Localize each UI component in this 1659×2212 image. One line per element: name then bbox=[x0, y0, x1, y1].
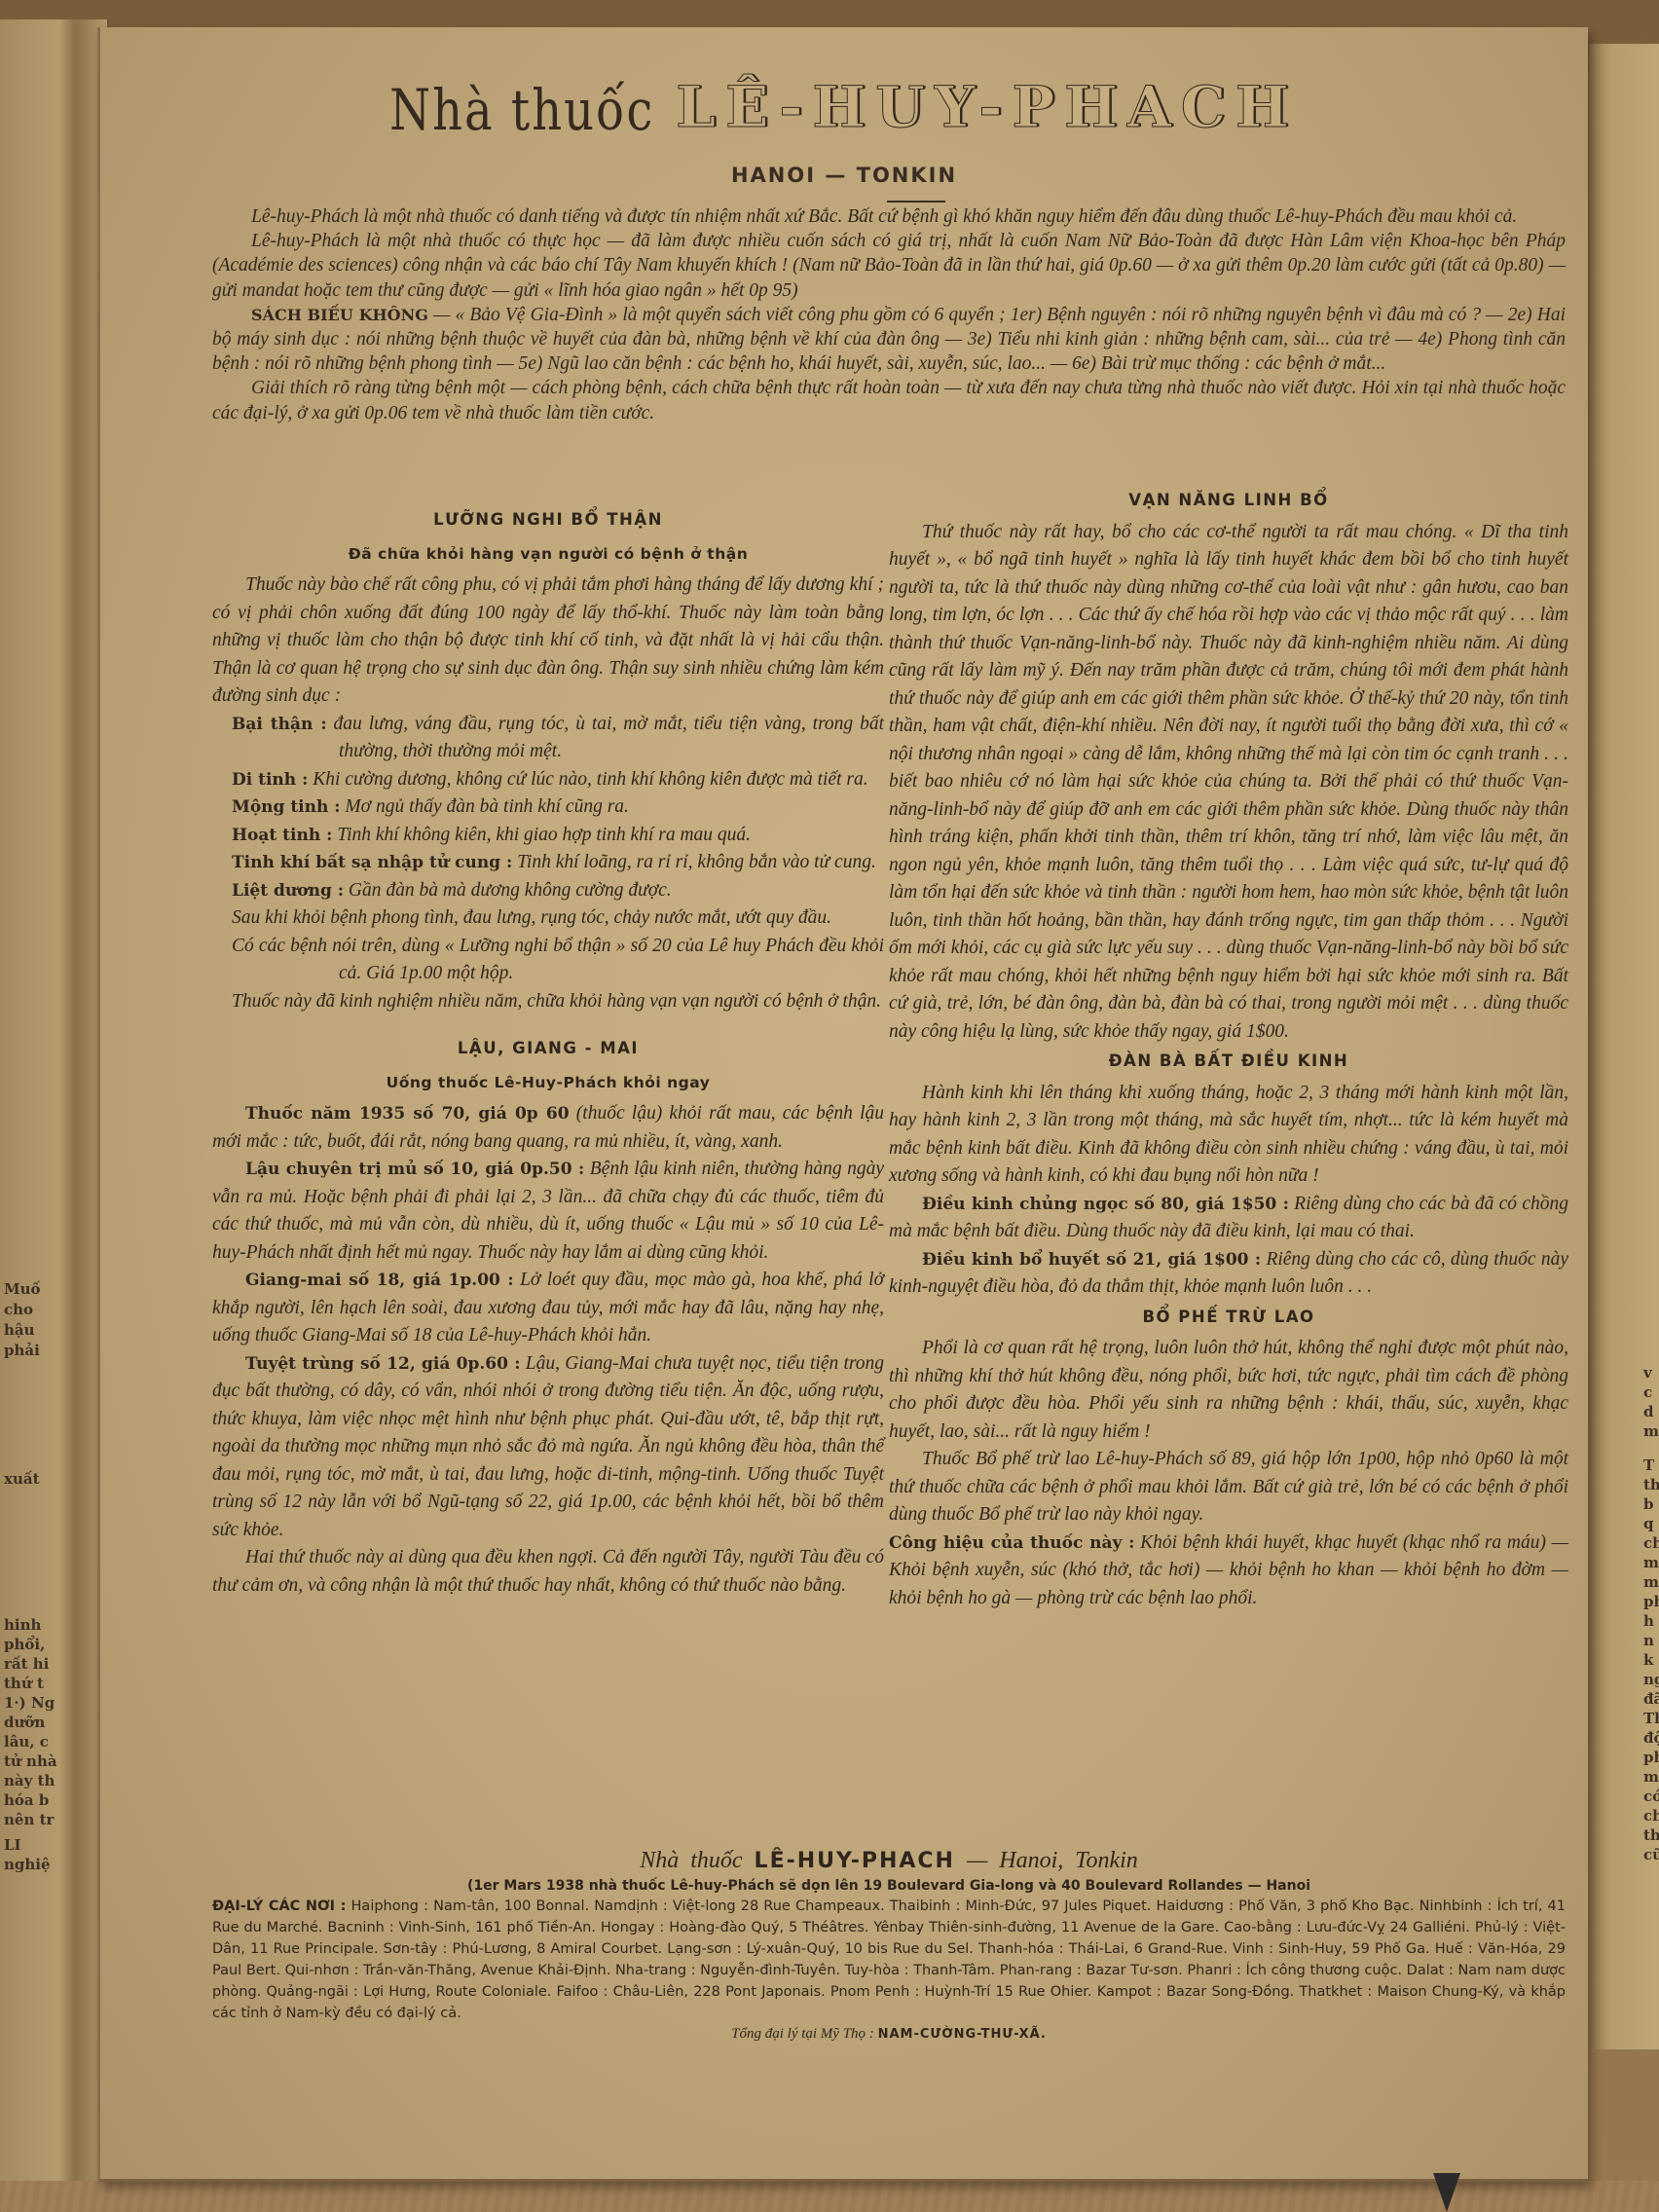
left-fragment: 1·) Ng bbox=[4, 1694, 55, 1712]
intro-paragraph: Lê-huy-Phách là một nhà thuốc có thực họ… bbox=[212, 229, 1566, 303]
title-brand-name: LÊ-HUY-PHACH bbox=[676, 74, 1299, 140]
intro-section: Lê-huy-Phách là một nhà thuốc có danh ti… bbox=[212, 204, 1566, 425]
right-fragment: Th bbox=[1643, 1709, 1659, 1728]
right-fragment: b bbox=[1643, 1494, 1654, 1514]
symptom-term: Bại thận : bbox=[232, 715, 327, 734]
right-fragment: th bbox=[1643, 1475, 1659, 1494]
symptom-item: Có các bệnh nói trên, dùng « Lưỡng nghi … bbox=[232, 933, 884, 988]
product-lead: Thuốc năm 1935 số 70, giá 0p 60 bbox=[245, 1104, 570, 1124]
free-book-label: SÁCH BIẾU KHÔNG bbox=[251, 306, 428, 324]
section-heading: VẠN NĂNG LINH BỔ bbox=[889, 487, 1568, 515]
left-fragment: nghiệ bbox=[4, 1856, 51, 1873]
right-fragment: c bbox=[1643, 1382, 1652, 1402]
product-text: Hai thứ thuốc này ai dùng qua đều khen n… bbox=[212, 1547, 884, 1596]
intro-paragraph: Giải thích rõ ràng từng bệnh một — cách … bbox=[212, 376, 1566, 424]
left-fragment: tử nhà bbox=[4, 1752, 57, 1770]
left-fragment: rất hi bbox=[4, 1655, 49, 1673]
symptom-item: Bại thận : đau lưng, váng đầu, rụng tóc,… bbox=[232, 711, 884, 766]
right-fragment: k bbox=[1643, 1650, 1653, 1670]
section-body: Thuốc Bổ phế trừ lao Lê-huy-Phách số 89,… bbox=[889, 1446, 1568, 1530]
left-fragment: LI bbox=[4, 1836, 21, 1854]
section-body: Thứ thuốc này rất hay, bổ cho các cơ-thể… bbox=[889, 519, 1568, 1047]
section-subheading: Uống thuốc Lê-Huy-Phách khỏi ngay bbox=[212, 1069, 884, 1097]
left-fragment: hóa b bbox=[4, 1791, 49, 1809]
symptom-desc: đau lưng, váng đầu, rụng tóc, ù tai, mờ … bbox=[334, 714, 884, 762]
product-paragraph: Điều kinh chủng ngọc số 80, giá 1$50 : R… bbox=[889, 1191, 1568, 1246]
footer-brand-name: LÊ-HUY-PHACH bbox=[755, 1849, 955, 1873]
symptom-term: Liệt dương : bbox=[232, 881, 344, 901]
symptom-item: Liệt dương : Gần đàn bà mà dương không c… bbox=[232, 877, 884, 905]
right-fragment: m bbox=[1643, 1421, 1659, 1441]
product-paragraph: Điều kinh bổ huyết số 21, giá 1$00 : Riê… bbox=[889, 1246, 1568, 1302]
right-fragment: đã bbox=[1643, 1689, 1659, 1709]
bookmark-ribbon bbox=[1433, 2173, 1460, 2212]
right-fragment: có bbox=[1643, 1787, 1659, 1806]
left-fragment: hinh bbox=[4, 1616, 41, 1634]
adjacent-right-page: v c d m T th b q ch m m ph h n k ng đã T… bbox=[1589, 44, 1659, 2049]
right-fragment: d bbox=[1643, 1402, 1654, 1421]
desk-surface bbox=[0, 2181, 1659, 2212]
left-fragment: dưỡn bbox=[4, 1714, 45, 1731]
product-lead: Điều kinh chủng ngọc số 80, giá 1$50 : bbox=[922, 1195, 1289, 1214]
section-heading: LƯỠNG NGHI BỔ THẬN bbox=[212, 506, 884, 535]
adjacent-left-pages: Muố cho hậu phải xuất hinh phổi, rất hi … bbox=[0, 19, 109, 2186]
page-title: Nhà thuốcLÊ-HUY-PHACH bbox=[100, 74, 1588, 140]
agents-list: ĐẠI-LÝ CÁC NƠI : Haiphong : Nam-tân, 100… bbox=[212, 1896, 1566, 2024]
title-rule bbox=[887, 201, 945, 203]
symptom-item: Sau khi khỏi bệnh phong tình, đau lưng, … bbox=[232, 904, 884, 933]
general-agent-label: Tổng đại lý tại Mỹ Thọ : bbox=[731, 2026, 874, 2042]
product-lead: Giang-mai số 18, giá 1p.00 : bbox=[245, 1271, 514, 1290]
title-prefix: Nhà thuốc bbox=[389, 78, 654, 143]
left-fragment: này th bbox=[4, 1772, 55, 1789]
section-body: Hành kinh khi lên tháng khi xuống tháng,… bbox=[889, 1080, 1568, 1191]
footer-brand-prefix: Nhà thuốc bbox=[640, 1848, 742, 1873]
symptom-desc: Tinh khí không kiên, khi giao hợp tinh k… bbox=[337, 825, 751, 845]
footer-section: Nhà thuốc LÊ-HUY-PHACH — Hanoi, Tonkin (… bbox=[212, 1848, 1566, 2043]
symptom-desc: Tinh khí loãng, ra rỉ rỉ, không bắn vào … bbox=[517, 852, 876, 872]
intro-paragraph: Lê-huy-Phách là một nhà thuốc có danh ti… bbox=[212, 204, 1566, 229]
relocation-notice: (1er Mars 1938 nhà thuốc Lê-huy-Phách sẽ… bbox=[212, 1878, 1566, 1894]
symptom-desc: Khi cường dương, không cứ lúc nào, tinh … bbox=[313, 769, 867, 790]
left-fragment: xuất bbox=[4, 1470, 40, 1488]
right-fragment: ng bbox=[1643, 1670, 1659, 1689]
left-fragment: phổi, bbox=[4, 1636, 45, 1653]
product-paragraph: Giang-mai số 18, giá 1p.00 : Lở loét quy… bbox=[212, 1267, 884, 1350]
right-column: VẠN NĂNG LINH BỔ Thứ thuốc này rất hay, … bbox=[889, 485, 1568, 1612]
left-column: LƯỠNG NGHI BỔ THẬN Đã chữa khỏi hàng vạn… bbox=[212, 504, 884, 1600]
general-agent: Tổng đại lý tại Mỹ Thọ : NAM-CƯỜNG-THƯ-X… bbox=[212, 2026, 1566, 2043]
right-fragment: v bbox=[1643, 1363, 1652, 1382]
product-lead: Lậu chuyên trị mủ số 10, giá 0p.50 : bbox=[245, 1160, 584, 1179]
right-fragment: m bbox=[1643, 1572, 1659, 1592]
symptom-term: Di tinh : bbox=[232, 770, 308, 790]
product-lead: Tuyệt trùng số 12, giá 0p.60 : bbox=[245, 1354, 521, 1374]
right-fragment: ph bbox=[1643, 1748, 1659, 1767]
left-fragment: hậu bbox=[4, 1321, 35, 1339]
advertisement-page: Nhà thuốcLÊ-HUY-PHACH HANOI — TONKIN Lê-… bbox=[97, 27, 1588, 2182]
left-fragment: phải bbox=[4, 1342, 40, 1359]
right-fragment: th bbox=[1643, 1825, 1659, 1845]
product-paragraph: Lậu chuyên trị mủ số 10, giá 0p.50 : Bện… bbox=[212, 1156, 884, 1267]
footer-brand: Nhà thuốc LÊ-HUY-PHACH — Hanoi, Tonkin bbox=[212, 1848, 1566, 1874]
symptom-item: Hoạt tinh : Tinh khí không kiên, khi gia… bbox=[232, 822, 884, 850]
section-subheading: Đã chữa khỏi hàng vạn người có bệnh ở th… bbox=[212, 540, 884, 569]
right-fragment: m bbox=[1643, 1767, 1659, 1787]
right-fragment: ph bbox=[1643, 1592, 1659, 1611]
product-paragraph: Hai thứ thuốc này ai dùng qua đều khen n… bbox=[212, 1544, 884, 1600]
symptom-desc: Có các bệnh nói trên, dùng « Lưỡng nghi … bbox=[232, 936, 884, 984]
symptom-desc: Sau khi khỏi bệnh phong tình, đau lưng, … bbox=[232, 907, 831, 928]
section-heading: ĐÀN BÀ BẤT ĐIỀU KINH bbox=[889, 1048, 1568, 1076]
right-fragment: h bbox=[1643, 1611, 1654, 1631]
page-subtitle: HANOI — TONKIN bbox=[100, 164, 1588, 187]
symptom-item: Thuốc này đã kinh nghiệm nhiều năm, chữa… bbox=[232, 988, 884, 1016]
section-body: Thuốc này bào chế rất công phu, có vị ph… bbox=[212, 571, 884, 711]
symptom-item: Tinh khí bất sạ nhập tử cung : Tinh khí … bbox=[232, 849, 884, 877]
product-lead: Điều kinh bổ huyết số 21, giá 1$00 : bbox=[922, 1250, 1261, 1270]
section-body: Phổi là cơ quan rất hệ trọng, luôn luôn … bbox=[889, 1335, 1568, 1446]
agents-label: ĐẠI-LÝ CÁC NƠI : bbox=[212, 1899, 346, 1914]
right-fragment: ch bbox=[1643, 1533, 1659, 1553]
product-text: Lậu, Giang-Mai chưa tuyệt nọc, tiểu tiện… bbox=[212, 1353, 884, 1540]
section-heading: LẬU, GIANG - MAI bbox=[212, 1035, 884, 1063]
symptom-desc: Gần đàn bà mà dương không cường được. bbox=[349, 880, 672, 901]
left-fragment: Muố bbox=[4, 1280, 41, 1298]
symptom-item: Di tinh : Khi cường dương, không cứ lúc … bbox=[232, 766, 884, 794]
symptom-term: Tinh khí bất sạ nhập tử cung : bbox=[232, 853, 512, 872]
agents-text: Haiphong : Nam-tân, 100 Bonnal. Namdịnh … bbox=[212, 1899, 1566, 2021]
right-fragment: q bbox=[1643, 1514, 1654, 1533]
intro-paragraph: SÁCH BIẾU KHÔNG — « Bảo Vệ Gia-Đình » là… bbox=[212, 303, 1566, 377]
left-fragment: lâu, c bbox=[4, 1733, 49, 1751]
right-fragment: m bbox=[1643, 1553, 1659, 1572]
product-paragraph: Tuyệt trùng số 12, giá 0p.60 : Lậu, Gian… bbox=[212, 1350, 884, 1545]
general-agent-name: NAM-CƯỜNG-THƯ-XÃ. bbox=[878, 2027, 1047, 2042]
efficacy-label: Công hiệu của thuốc này : bbox=[889, 1533, 1134, 1553]
left-fragment: thứ t bbox=[4, 1675, 44, 1692]
symptom-term: Hoạt tinh : bbox=[232, 826, 332, 845]
right-fragment: độ bbox=[1643, 1728, 1659, 1748]
right-fragment: cũ bbox=[1643, 1845, 1659, 1864]
right-fragment: ch bbox=[1643, 1806, 1659, 1825]
section-heading: BỔ PHẾ TRỪ LAO bbox=[889, 1304, 1568, 1332]
right-fragment: T bbox=[1643, 1456, 1654, 1475]
right-fragment: n bbox=[1643, 1631, 1654, 1650]
product-paragraph: Thuốc năm 1935 số 70, giá 0p 60 (thuốc l… bbox=[212, 1100, 884, 1156]
symptom-desc: Thuốc này đã kinh nghiệm nhiều năm, chữa… bbox=[232, 991, 881, 1012]
left-fragment: cho bbox=[4, 1301, 33, 1318]
left-fragment: nên tr bbox=[4, 1811, 54, 1828]
section-body: Công hiệu của thuốc này : Khỏi bệnh khái… bbox=[889, 1530, 1568, 1613]
footer-brand-location: — Hanoi, Tonkin bbox=[967, 1848, 1138, 1873]
symptom-term: Mộng tinh : bbox=[232, 797, 341, 817]
symptom-item: Mộng tinh : Mơ ngủ thấy đàn bà tinh khí … bbox=[232, 793, 884, 822]
symptom-desc: Mơ ngủ thấy đàn bà tinh khí cũng ra. bbox=[345, 796, 629, 817]
